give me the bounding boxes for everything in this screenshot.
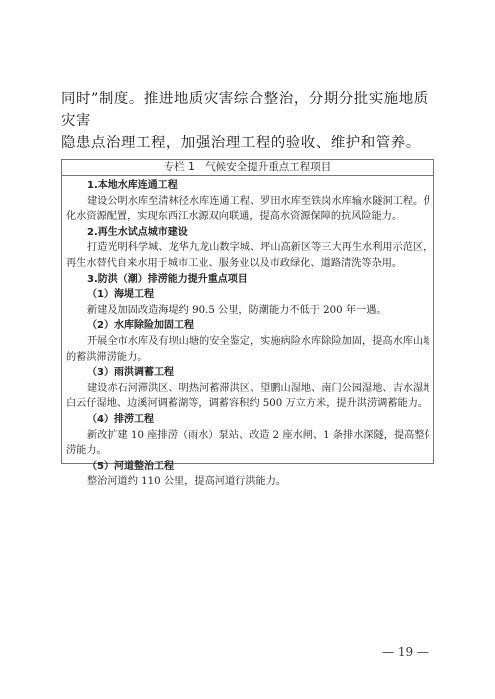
section-heading: 3.防洪（潮）排涝能力提升重点项目	[66, 272, 429, 288]
feature-box-title: 专栏 1 气候安全提升重点工程项目	[62, 160, 433, 176]
section-text: 涝能力。	[66, 443, 429, 459]
section-text: 建设赤石河滞洪区、明热河蓄滞洪区、望鹏山湿地、南门公园湿地、吉水湿地、	[66, 381, 429, 397]
section-text: 再生水替代自来水用于城市工业、服务业以及市政绿化、道路清洗等杂用。	[66, 256, 429, 272]
section-text: 新改扩建 10 座排涝（雨水）泵站、改造 2 座水闸、1 条排水深隧，提高整体排	[66, 428, 429, 444]
page-number: — 19 —	[382, 645, 429, 659]
section-text: 白云仔湿地、边溪河调蓄湖等，调蓄容积约 500 万立方米，提升洪涝调蓄能力。	[66, 396, 429, 412]
subsection-heading: （2）水库除险加固工程	[66, 318, 429, 334]
subsection-heading: （5）河道整治工程	[66, 459, 429, 475]
intro-line: 隐患点治理工程，加强治理工程的验收、维护和管养。	[61, 132, 441, 154]
section-text: 的蓄洪滞涝能力。	[66, 350, 429, 366]
subsection-heading: （3）雨洪调蓄工程	[66, 365, 429, 381]
feature-box-body: 1.本地水库连通工程 建设公明水库至清林径水库连通工程、罗田水库至铁岗水库输水隧…	[62, 176, 433, 490]
section-text: 开展全市水库及有坝山塘的安全鉴定，实施病险水库除险加固，提高水库山塘	[66, 334, 429, 350]
section-text: 建设公明水库至清林径水库连通工程、罗田水库至铁岗水库输水隧洞工程。优	[66, 194, 429, 210]
section-heading: 1.本地水库连通工程	[66, 178, 429, 194]
section-heading: 2.再生水试点城市建设	[66, 225, 429, 241]
subsection-heading: （1）海堤工程	[66, 287, 429, 303]
section-text: 打造光明科学城、龙华九龙山数字城、坪山高新区等三大再生水利用示范区，	[66, 240, 429, 256]
section-text: 新建及加固改造海堤约 90.5 公里，防潮能力不低于 200 年一遇。	[66, 303, 429, 319]
intro-paragraph: 同时”制度。推进地质灾害综合整治，分期分批实施地质灾害 隐患点治理工程，加强治理…	[61, 88, 441, 154]
feature-box: 专栏 1 气候安全提升重点工程项目 1.本地水库连通工程 建设公明水库至清林径水…	[61, 159, 434, 464]
section-text: 化水资源配置，实现东西江水源双向联通，提高水资源保障的抗风险能力。	[66, 209, 429, 225]
subsection-heading: （4）排涝工程	[66, 412, 429, 428]
intro-line: 同时”制度。推进地质灾害综合整治，分期分批实施地质灾害	[61, 88, 441, 132]
section-text: 整治河道约 110 公里，提高河道行洪能力。	[66, 474, 429, 490]
